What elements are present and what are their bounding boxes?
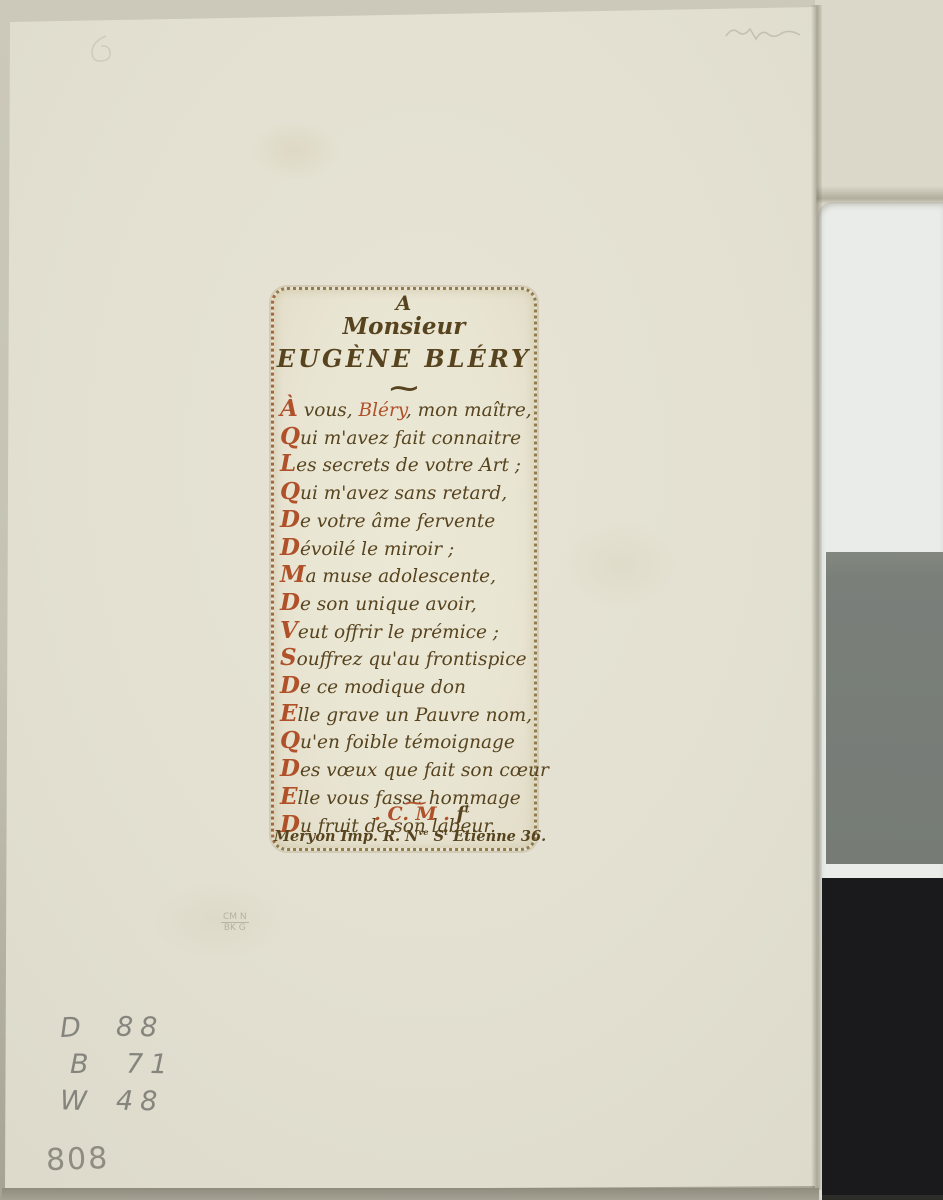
pencil-annotations: D88B71W48	[48, 1012, 208, 1123]
paper-stain	[150, 880, 290, 960]
text-segment: u'en foible témoignage	[300, 732, 515, 753]
text-segment: V	[280, 617, 298, 644]
text-segment: Q	[280, 423, 300, 450]
board-shadow	[815, 186, 943, 204]
printer-imprint: Meryon Imp. R. Nve St Etienne 36.	[274, 827, 534, 845]
scanned-print-scene: A Monsieur EUGÈNE BLÉRY ~ À vous, Bléry,…	[0, 0, 943, 1200]
paper-edge-shadow	[811, 5, 822, 1190]
text-segment: ui m'avez fait connaitre	[300, 428, 521, 449]
pencil-letter: W	[47, 1085, 116, 1118]
paper-bottom-shadow	[2, 1188, 819, 1200]
poem-line: Ma muse adolescente,	[280, 562, 536, 590]
text-segment: ui m'avez sans retard,	[300, 483, 507, 504]
poem-line: Des vœux que fait son cœur	[280, 756, 536, 784]
poem-line: Veut offrir le prémice ;	[280, 618, 536, 646]
signature-flourish: ~	[402, 793, 429, 812]
text-segment: Bléry	[359, 400, 406, 421]
text-segment: D	[280, 589, 300, 616]
pencil-number: 48	[116, 1086, 165, 1118]
text-segment: , mon maître,	[406, 400, 532, 421]
text-segment: lle grave un Pauvre nom,	[298, 705, 533, 726]
poem-line: À vous, Bléry, mon maître,	[280, 396, 536, 424]
poem-line: Les secrets de votre Art ;	[280, 451, 536, 479]
text-segment: vous,	[298, 400, 359, 421]
artist-signature: ~ . C. M . ft	[274, 803, 534, 825]
backing-board	[815, 0, 943, 1200]
poem-line: De ce modique don	[280, 673, 536, 701]
poem-line: De votre âme fervente	[280, 507, 536, 535]
dedicatee-name: EUGÈNE BLÉRY	[274, 344, 534, 373]
text-segment: f	[450, 803, 465, 825]
text-segment: e son unique avoir,	[300, 594, 477, 615]
faint-stamp-top: CM N	[221, 912, 249, 923]
dedication-poem: À vous, Bléry, mon maître,Qui m'avez fai…	[280, 396, 536, 839]
pencil-letter: D	[47, 1010, 117, 1045]
text-segment: D	[280, 755, 300, 782]
calibration-strip-black	[822, 878, 943, 1200]
poem-line: Dévoilé le miroir ;	[280, 535, 536, 563]
text-segment: S	[280, 644, 297, 671]
text-segment: À	[280, 395, 298, 422]
text-segment: E	[280, 700, 298, 727]
text-segment: t	[465, 803, 470, 816]
pencil-number: 71	[126, 1049, 175, 1081]
poem-line: Qu'en foible témoignage	[280, 728, 536, 756]
text-segment: S	[429, 828, 445, 845]
text-segment: eut offrir le prémice ;	[298, 622, 499, 643]
text-segment: D	[280, 506, 300, 533]
text-segment: e ce modique don	[300, 677, 466, 698]
pencil-number: 88	[116, 1012, 165, 1044]
faint-stamp: CM N BK G	[221, 912, 249, 933]
pencil-annotation-row: B71	[48, 1049, 208, 1086]
faint-stamp-bottom: BK G	[221, 923, 249, 933]
paper-stain	[250, 120, 340, 180]
text-segment: Q	[280, 727, 300, 754]
text-segment: L	[280, 450, 296, 477]
text-segment: ouffrez qu'au frontispice	[297, 649, 527, 670]
text-segment: es vœux que fait son cœur	[300, 760, 549, 781]
text-segment: M	[280, 561, 305, 588]
header-ornament-a: A	[274, 291, 534, 315]
faint-pencil-scribble	[722, 18, 814, 48]
text-segment: ve	[418, 827, 428, 837]
paper-stain	[560, 520, 680, 610]
pencil-annotation-row: D88	[48, 1012, 208, 1049]
text-segment: Q	[280, 478, 300, 505]
text-segment: Meryon Imp. R. N	[274, 828, 418, 845]
text-segment: e votre âme fervente	[300, 511, 495, 532]
etched-plate: A Monsieur EUGÈNE BLÉRY ~ À vous, Bléry,…	[271, 287, 537, 851]
text-segment: D	[280, 534, 300, 561]
poem-line: Souffrez qu'au frontispice	[280, 645, 536, 673]
poem-line: Qui m'avez sans retard,	[280, 479, 536, 507]
poem-line: Elle grave un Pauvre nom,	[280, 701, 536, 729]
pencil-annotation-row: W48	[48, 1086, 208, 1123]
accession-number: 808	[45, 1141, 109, 1178]
text-segment: Etienne 36.	[448, 828, 546, 845]
poem-line: Qui m'avez fait connaitre	[280, 424, 536, 452]
calibration-strip-gray	[826, 552, 943, 864]
text-segment: es secrets de votre Art ;	[296, 455, 521, 476]
faint-pencil-scribble	[82, 32, 118, 66]
text-segment: a muse adolescente,	[305, 566, 496, 587]
text-segment: évoilé le miroir ;	[300, 539, 454, 560]
poem-line: De son unique avoir,	[280, 590, 536, 618]
salutation: Monsieur	[274, 313, 534, 340]
pencil-letter: B	[48, 1049, 126, 1080]
text-segment: D	[280, 672, 300, 699]
